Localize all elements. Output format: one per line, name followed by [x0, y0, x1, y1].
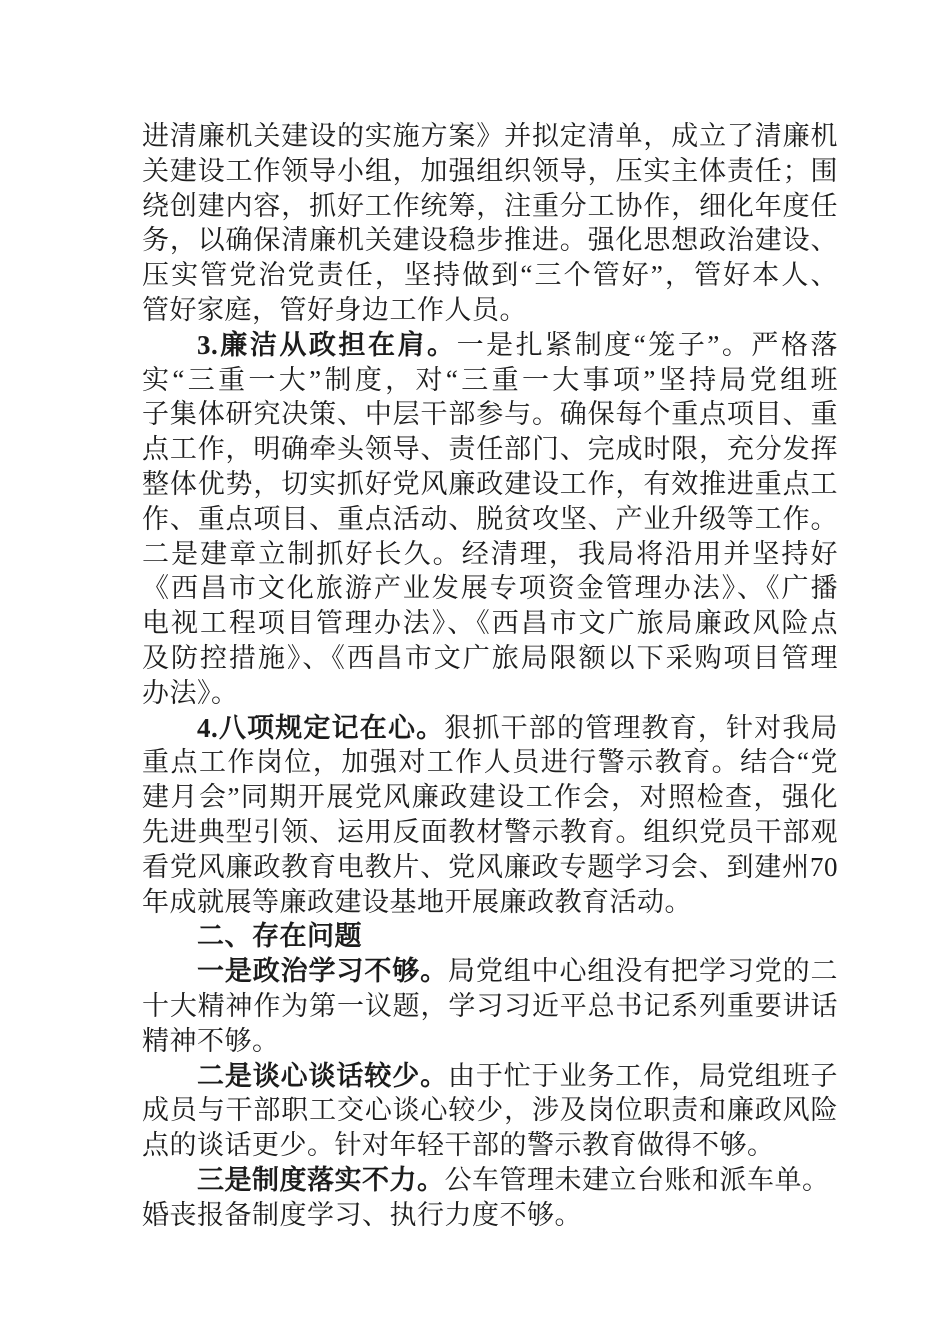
- text-line: 及防控措施》、《西昌市文广旅局限额以下采购项目管理: [142, 641, 838, 676]
- line-text: 子集体研究决策、中层干部参与。确保每个重点项目、重: [142, 399, 838, 429]
- line-text: 作、重点项目、重点活动、脱贫攻坚、产业升级等工作。: [142, 504, 838, 534]
- text-line: 一是政治学习不够。局党组中心组没有把学习党的二: [142, 954, 838, 989]
- text-line: 作、重点项目、重点活动、脱贫攻坚、产业升级等工作。: [142, 502, 838, 537]
- text-line: 关建设工作领导小组，加强组织领导，压实主体责任；围: [142, 154, 838, 189]
- line-text: 进清廉机关建设的实施方案》并拟定清单，成立了清廉机: [142, 121, 838, 151]
- text-line: 绕创建内容，抓好工作统筹，注重分工协作，细化年度任: [142, 189, 838, 224]
- paragraph-heading: 二是谈心谈话较少。: [197, 1061, 448, 1091]
- text-line: 年成就展等廉政建设基地开展廉政教育活动。: [142, 885, 838, 920]
- text-line: 二是谈心谈话较少。由于忙于业务工作，局党组班子: [142, 1059, 838, 1094]
- text-line: 二、存在问题: [142, 919, 838, 954]
- text-line: 十大精神作为第一议题，学习习近平总书记系列重要讲话: [142, 989, 838, 1024]
- paragraph-heading: 3.廉洁从政担在肩。: [197, 330, 457, 360]
- text-line: 点工作，明确牵头领导、责任部门、完成时限，充分发挥: [142, 432, 838, 467]
- text-line: 《西昌市文化旅游产业发展专项资金管理办法》、《广播: [142, 571, 838, 606]
- text-line: 4.八项规定记在心。狠抓干部的管理教育，针对我局: [142, 711, 838, 746]
- text-line: 实“三重一大”制度，对“三重一大事项”坚持局党组班: [142, 363, 838, 398]
- line-text: 由于忙于业务工作，局党组班子: [448, 1061, 838, 1091]
- text-line: 看党风廉政教育电教片、党风廉政专题学习会、到建州70: [142, 850, 838, 885]
- text-line: 进清廉机关建设的实施方案》并拟定清单，成立了清廉机: [142, 119, 838, 154]
- section-heading: 二、存在问题: [197, 921, 362, 951]
- line-text: 重点工作岗位，加强对工作人员进行警示教育。结合“党: [142, 747, 838, 777]
- line-text: 公车管理未建立台账和派车单。: [445, 1165, 830, 1195]
- line-text: 点工作，明确牵头领导、责任部门、完成时限，充分发挥: [142, 434, 838, 464]
- line-text: 一是扎紧制度“笼子”。严格落: [457, 330, 838, 360]
- text-line: 整体优势，切实抓好党风廉政建设工作，有效推进重点工: [142, 467, 838, 502]
- text-line: 三是制度落实不力。公车管理未建立台账和派车单。: [142, 1163, 838, 1198]
- line-text: 及防控措施》、《西昌市文广旅局限额以下采购项目管理: [142, 643, 838, 673]
- text-line: 点的谈话更少。针对年轻干部的警示教育做得不够。: [142, 1128, 838, 1163]
- text-line: 先进典型引领、运用反面教材警示教育。组织党员干部观: [142, 815, 838, 850]
- text-line: 子集体研究决策、中层干部参与。确保每个重点项目、重: [142, 397, 838, 432]
- line-text: 成员与干部职工交心谈心较少，涉及岗位职责和廉政风险: [142, 1095, 838, 1125]
- line-text: 《西昌市文化旅游产业发展专项资金管理办法》、《广播: [142, 573, 838, 603]
- text-line: 压实管党治党责任，坚持做到“三个管好”，管好本人、: [142, 258, 838, 293]
- line-text: 关建设工作领导小组，加强组织领导，压实主体责任；围: [142, 156, 838, 186]
- text-line: 精神不够。: [142, 1024, 838, 1059]
- line-text: 二是建章立制抓好长久。经清理，我局将沿用并坚持好: [142, 539, 838, 569]
- line-text: 办法》。: [142, 678, 239, 708]
- line-text: 绕创建内容，抓好工作统筹，注重分工协作，细化年度任: [142, 191, 838, 221]
- paragraph-heading: 三是制度落实不力。: [197, 1165, 445, 1195]
- line-text: 局党组中心组没有把学习党的二: [448, 956, 838, 986]
- line-text: 实“三重一大”制度，对“三重一大事项”坚持局党组班: [142, 365, 838, 395]
- line-text: 狠抓干部的管理教育，针对我局: [444, 713, 838, 743]
- text-line: 务，以确保清廉机关建设稳步推进。强化思想政治建设、: [142, 223, 838, 258]
- line-text: 点的谈话更少。针对年轻干部的警示教育做得不够。: [142, 1130, 775, 1160]
- line-text: 年成就展等廉政建设基地开展廉政教育活动。: [142, 887, 692, 917]
- line-text: 整体优势，切实抓好党风廉政建设工作，有效推进重点工: [142, 469, 838, 499]
- text-line: 办法》。: [142, 676, 838, 711]
- line-text: 十大精神作为第一议题，学习习近平总书记系列重要讲话: [142, 991, 838, 1021]
- text-line: 电视工程项目管理办法》、《西昌市文广旅局廉政风险点: [142, 606, 838, 641]
- text-column: 进清廉机关建设的实施方案》并拟定清单，成立了清廉机 关建设工作领导小组，加强组织…: [142, 119, 838, 1233]
- line-text: 精神不够。: [142, 1026, 280, 1056]
- paragraph-heading: 一是政治学习不够。: [197, 956, 448, 986]
- text-line: 建月会”同期开展党风廉政建设工作会，对照检查，强化: [142, 780, 838, 815]
- paragraph-heading: 4.八项规定记在心。: [197, 713, 444, 743]
- text-line: 成员与干部职工交心谈心较少，涉及岗位职责和廉政风险: [142, 1093, 838, 1128]
- text-line: 二是建章立制抓好长久。经清理，我局将沿用并坚持好: [142, 537, 838, 572]
- document-page: 进清廉机关建设的实施方案》并拟定清单，成立了清廉机 关建设工作领导小组，加强组织…: [0, 0, 950, 1344]
- text-line: 婚丧报备制度学习、执行力度不够。: [142, 1198, 838, 1233]
- line-text: 管好家庭，管好身边工作人员。: [142, 295, 527, 325]
- line-text: 电视工程项目管理办法》、《西昌市文广旅局廉政风险点: [142, 608, 838, 638]
- line-text: 看党风廉政教育电教片、党风廉政专题学习会、到建州70: [142, 852, 838, 882]
- line-text: 务，以确保清廉机关建设稳步推进。强化思想政治建设、: [142, 225, 838, 255]
- line-text: 婚丧报备制度学习、执行力度不够。: [142, 1200, 582, 1230]
- line-text: 压实管党治党责任，坚持做到“三个管好”，管好本人、: [142, 260, 838, 290]
- text-line: 3.廉洁从政担在肩。一是扎紧制度“笼子”。严格落: [142, 328, 838, 363]
- text-line: 管好家庭，管好身边工作人员。: [142, 293, 838, 328]
- line-text: 先进典型引领、运用反面教材警示教育。组织党员干部观: [142, 817, 838, 847]
- line-text: 建月会”同期开展党风廉政建设工作会，对照检查，强化: [142, 782, 838, 812]
- text-line: 重点工作岗位，加强对工作人员进行警示教育。结合“党: [142, 745, 838, 780]
